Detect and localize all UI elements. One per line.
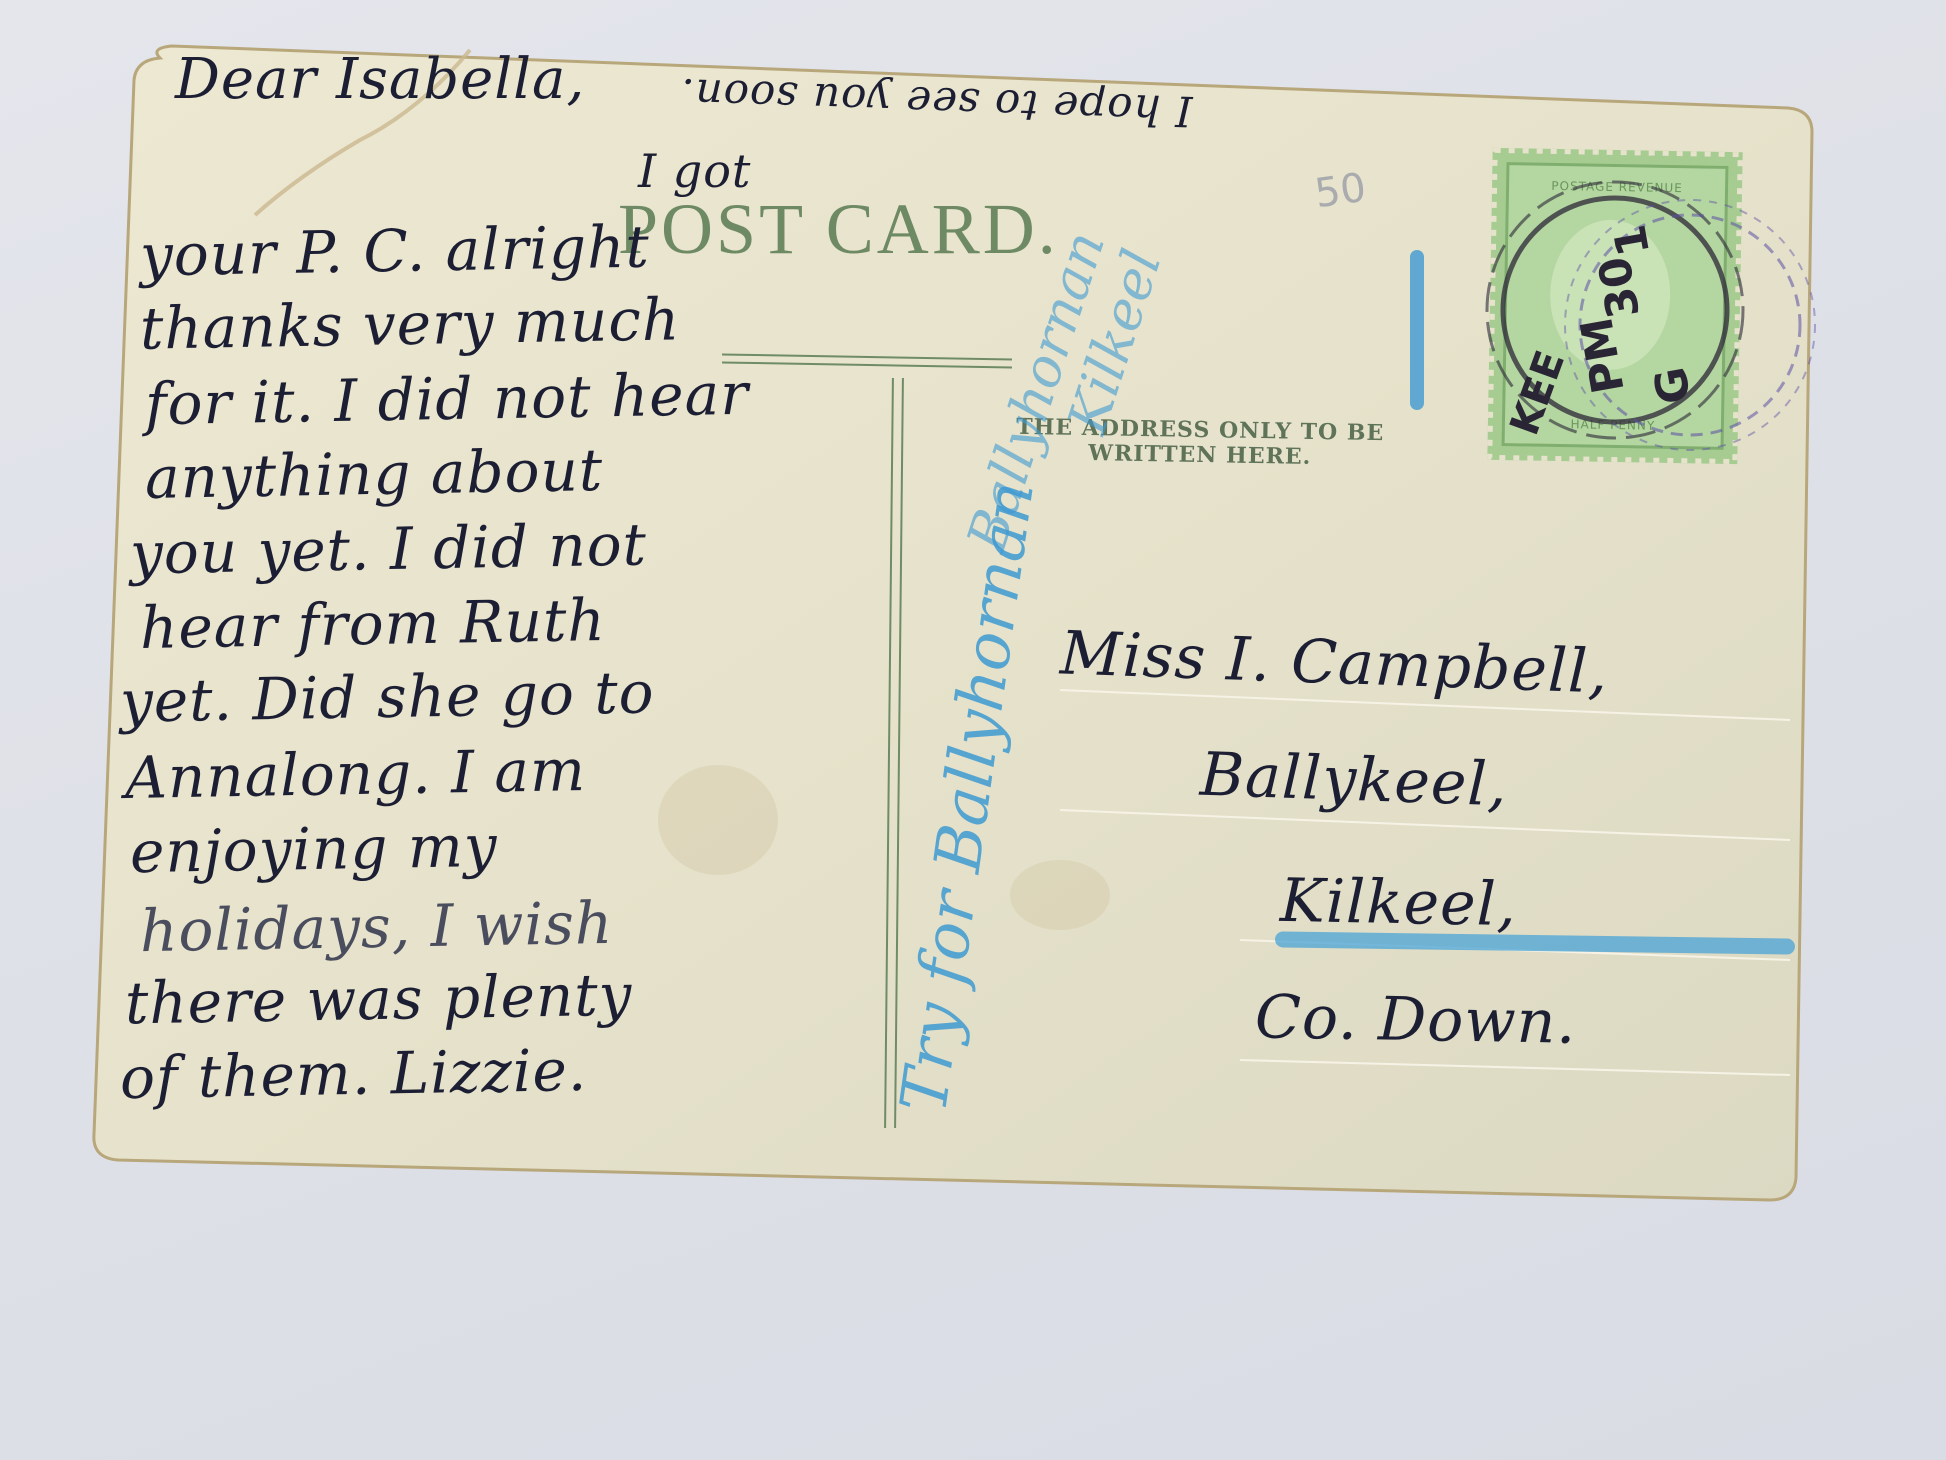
message-line: hear from Ruth [140, 591, 607, 657]
postmark-day: 30 [1589, 253, 1650, 322]
address-line: Co. Down. [1254, 982, 1577, 1058]
postmark: PM 30 1 KEE G [1505, 160, 1745, 460]
postmark-rings [1505, 160, 1805, 480]
message-line: anything about [145, 441, 604, 507]
address-line: Ballykeel, [1199, 740, 1509, 821]
message-line: I got [638, 148, 751, 194]
address-line: Kilkeel, [1279, 866, 1517, 940]
salutation: Dear Isabella, [175, 52, 585, 108]
message-line: Annalong. I am [125, 741, 587, 807]
message-line: for it. I did not hear [145, 365, 750, 434]
message-line: enjoying my [130, 817, 499, 881]
message-line: your P. C. alright [140, 218, 651, 285]
message-line: yet. Did she go to [120, 663, 655, 730]
pencil-annotation: 50 [1312, 165, 1369, 218]
message-line: of them. Lizzie. [120, 1041, 588, 1107]
message-line: there was plenty [125, 966, 633, 1033]
message-line: thanks very much [140, 290, 681, 357]
printed-title: POST CARD. [618, 188, 1059, 271]
crayon-stroke [1410, 250, 1424, 410]
message-line: holidays, I wish [140, 894, 614, 960]
message-line: you yet. I did not [130, 515, 648, 582]
postcard: POST CARD. THE ADDRESS ONLY TO BE WRITTE… [0, 0, 1946, 1460]
